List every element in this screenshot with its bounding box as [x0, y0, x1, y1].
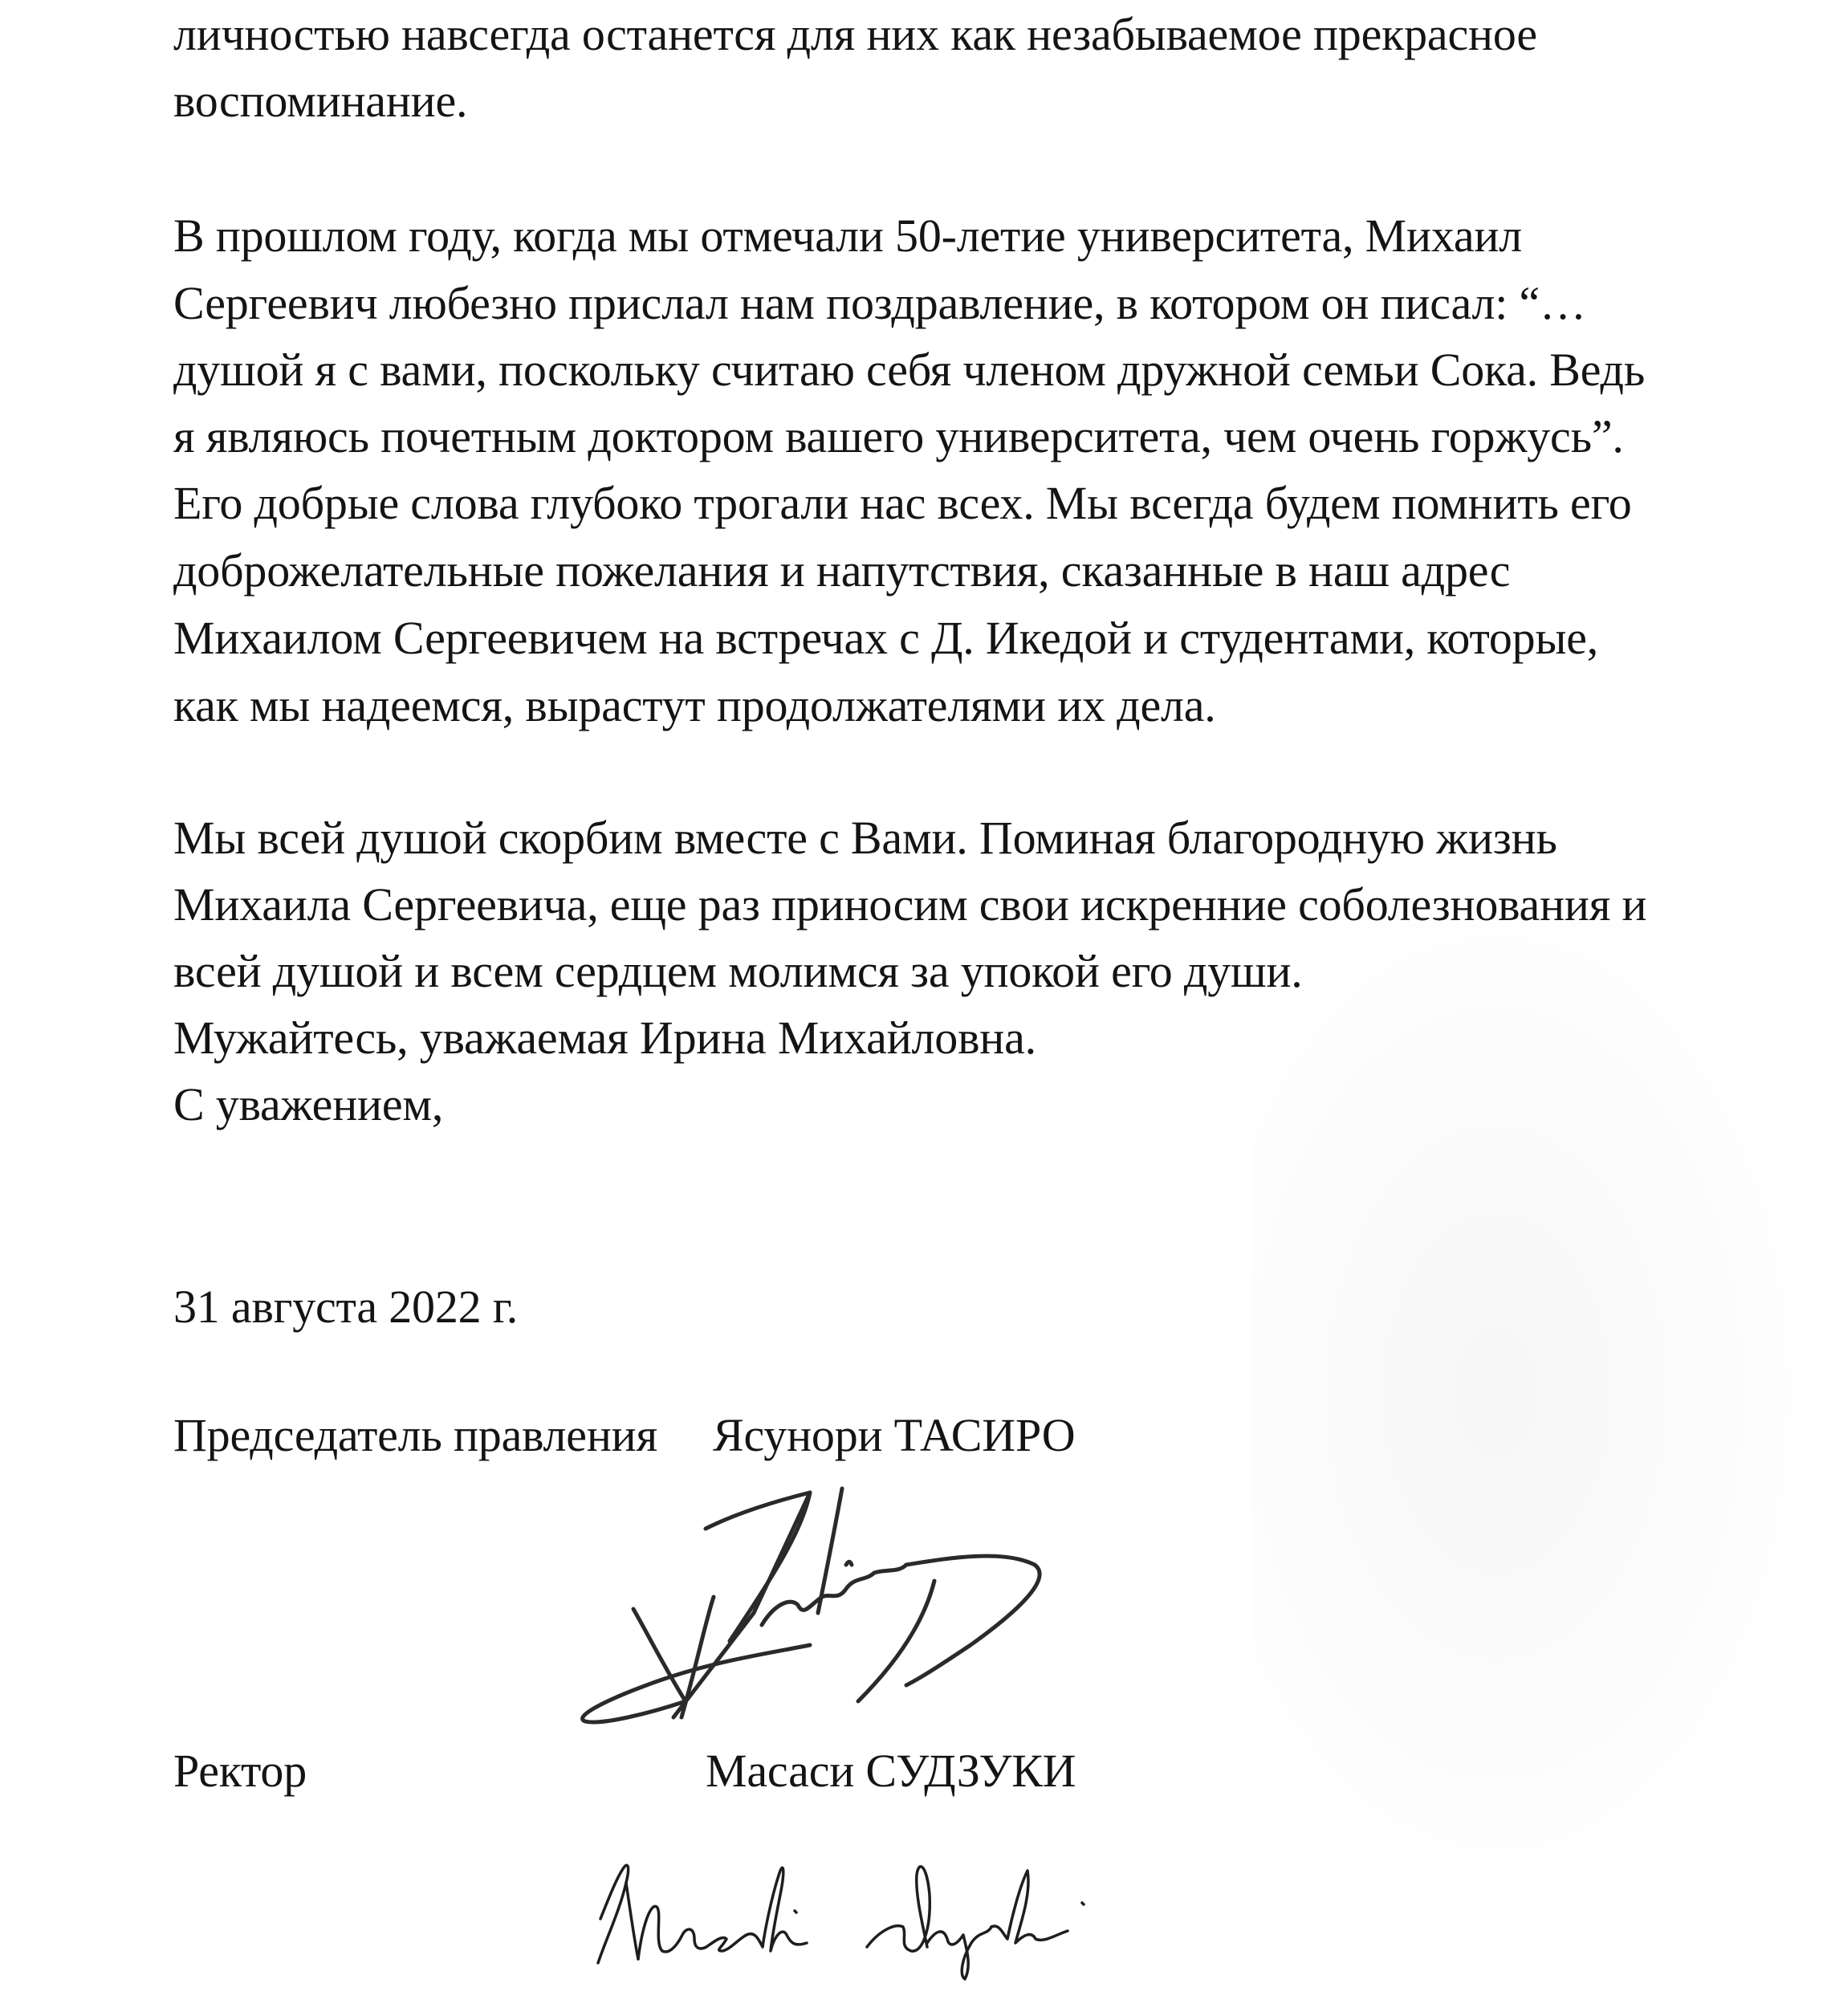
- signatory-name: Ясунори ТАСИРО: [713, 1412, 1075, 1459]
- paragraph-line: доброжелательные пожелания и напутствия,…: [173, 548, 1510, 594]
- paragraph-line: личностью навсегда останется для них как…: [173, 11, 1537, 58]
- signatory-title: Председатель правления: [173, 1412, 657, 1459]
- paragraph-line: В прошлом году, когда мы отмечали 50-лет…: [173, 213, 1522, 259]
- paper-watermark-shading: [1252, 923, 1827, 1967]
- paragraph-line: воспоминание.: [173, 78, 467, 124]
- signatory-title: Ректор: [173, 1748, 307, 1794]
- paragraph-line: я являюсь почетным доктором вашего униве…: [173, 413, 1624, 460]
- signatory-name: Масаси СУДЗУКИ: [706, 1748, 1076, 1794]
- paragraph-line: Сергеевич любезно прислал нам поздравлен…: [173, 280, 1586, 327]
- paragraph-line: душой я с вами, поскольку считаю себя чл…: [173, 347, 1645, 393]
- closing-address: Мужайтесь, уважаемая Ирина Михайловна.: [173, 1015, 1036, 1061]
- letter-date: 31 августа 2022 г.: [173, 1284, 518, 1330]
- paragraph-line: как мы надеемся, вырастут продолжателями…: [173, 682, 1216, 729]
- paragraph-line: Михаилом Сергеевичем на встречах с Д. Ик…: [173, 615, 1598, 662]
- handwritten-signature-tashiro: [569, 1485, 1051, 1725]
- closing-salutation: С уважением,: [173, 1081, 443, 1128]
- paragraph-line: всей душой и всем сердцем молимся за упо…: [173, 948, 1303, 995]
- handwritten-signature-suzuki: [594, 1847, 1228, 1983]
- paragraph-line: Михаила Сергеевича, еще раз приносим сво…: [173, 882, 1646, 928]
- paragraph-line: Его добрые слова глубоко трогали нас все…: [173, 480, 1632, 527]
- paragraph-line: Мы всей душой скорбим вместе с Вами. Пом…: [173, 815, 1557, 861]
